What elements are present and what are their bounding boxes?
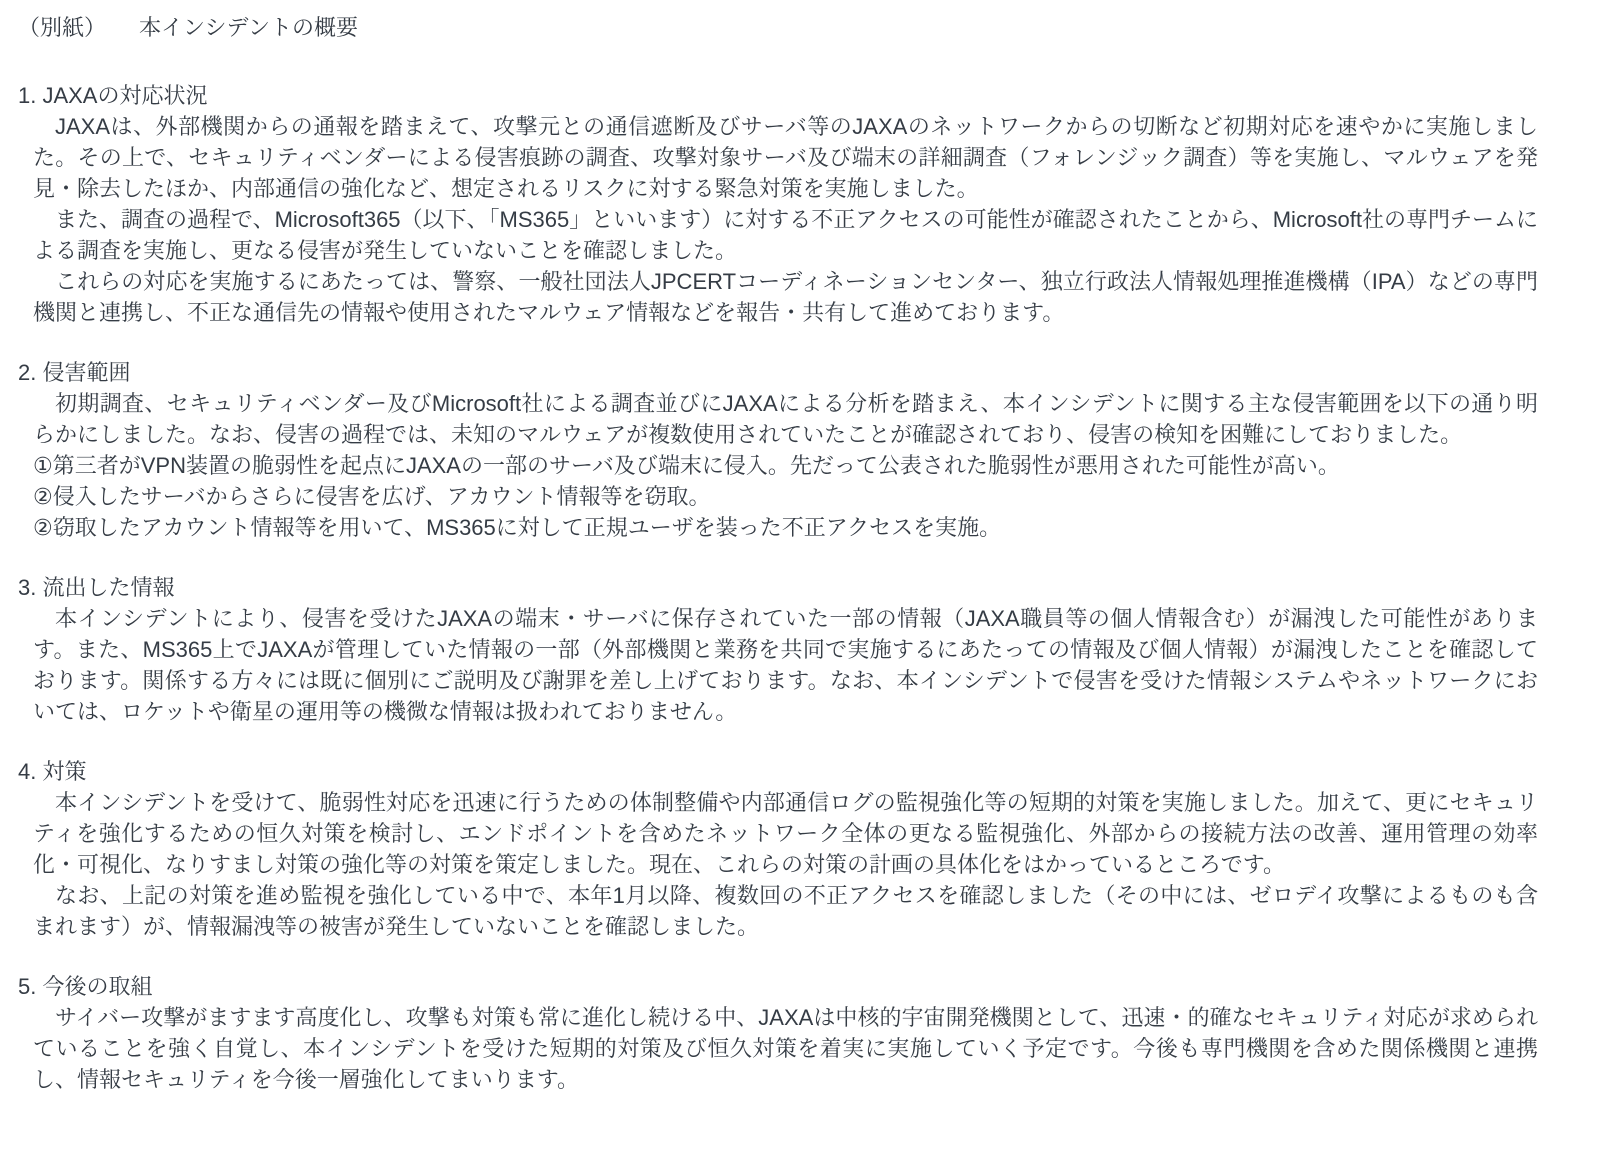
paragraph: なお、上記の対策を進め監視を強化している中で、本年1月以降、複数回の不正アクセス… <box>33 880 1538 942</box>
paragraph: これらの対応を実施するにあたっては、警察、一般社団法人JPCERTコーディネーシ… <box>33 266 1538 328</box>
section-body: 本インシデントを受けて、脆弱性対応を迅速に行うための体制整備や内部通信ログの監視… <box>33 787 1538 942</box>
paragraph: また、調査の過程で、Microsoft365（以下、「MS365」といいます）に… <box>33 204 1538 266</box>
document-title: （別紙） 本インシデントの概要 <box>18 12 1538 43</box>
section-body: 本インシデントにより、侵害を受けたJAXAの端末・サーバに保存されていた一部の情… <box>33 603 1538 727</box>
paragraph: 初期調査、セキュリティベンダー及びMicrosoft社による調査並びにJAXAに… <box>33 388 1538 450</box>
section-heading-future-efforts: 5. 今後の取組 <box>18 971 1538 1002</box>
section-heading-damage-scope: 2. 侵害範囲 <box>18 357 1538 388</box>
section-body: JAXAは、外部機関からの通報を踏まえて、攻撃元との通信遮断及びサーバ等のJAX… <box>33 111 1538 328</box>
section-heading-leaked-information: 3. 流出した情報 <box>18 572 1538 603</box>
paragraph: JAXAは、外部機関からの通報を踏まえて、攻撃元との通信遮断及びサーバ等のJAX… <box>33 111 1538 204</box>
section-damage-scope: 2. 侵害範囲 初期調査、セキュリティベンダー及びMicrosoft社による調査… <box>18 357 1538 543</box>
section-heading-jaxa-response: 1. JAXAの対応状況 <box>18 80 1538 111</box>
incident-item: ②窃取したアカウント情報等を用いて、MS365に対して正規ユーザを装った不正アク… <box>33 512 1538 543</box>
document-page: （別紙） 本インシデントの概要 1. JAXAの対応状況 JAXAは、外部機関か… <box>0 0 1618 1150</box>
section-body: 初期調査、セキュリティベンダー及びMicrosoft社による調査並びにJAXAに… <box>33 388 1538 543</box>
section-body: サイバー攻撃がますます高度化し、攻撃も対策も常に進化し続ける中、JAXAは中核的… <box>33 1002 1538 1095</box>
paragraph: 本インシデントを受けて、脆弱性対応を迅速に行うための体制整備や内部通信ログの監視… <box>33 787 1538 880</box>
section-jaxa-response: 1. JAXAの対応状況 JAXAは、外部機関からの通報を踏まえて、攻撃元との通… <box>18 80 1538 328</box>
section-countermeasures: 4. 対策 本インシデントを受けて、脆弱性対応を迅速に行うための体制整備や内部通… <box>18 756 1538 942</box>
paragraph: サイバー攻撃がますます高度化し、攻撃も対策も常に進化し続ける中、JAXAは中核的… <box>33 1002 1538 1095</box>
incident-item: ②侵入したサーバからさらに侵害を広げ、アカウント情報等を窃取。 <box>33 481 1538 512</box>
section-heading-countermeasures: 4. 対策 <box>18 756 1538 787</box>
incident-item: ①第三者がVPN装置の脆弱性を起点にJAXAの一部のサーバ及び端末に侵入。先だっ… <box>33 450 1538 481</box>
section-leaked-information: 3. 流出した情報 本インシデントにより、侵害を受けたJAXAの端末・サーバに保… <box>18 572 1538 727</box>
section-future-efforts: 5. 今後の取組 サイバー攻撃がますます高度化し、攻撃も対策も常に進化し続ける中… <box>18 971 1538 1095</box>
paragraph: 本インシデントにより、侵害を受けたJAXAの端末・サーバに保存されていた一部の情… <box>33 603 1538 727</box>
